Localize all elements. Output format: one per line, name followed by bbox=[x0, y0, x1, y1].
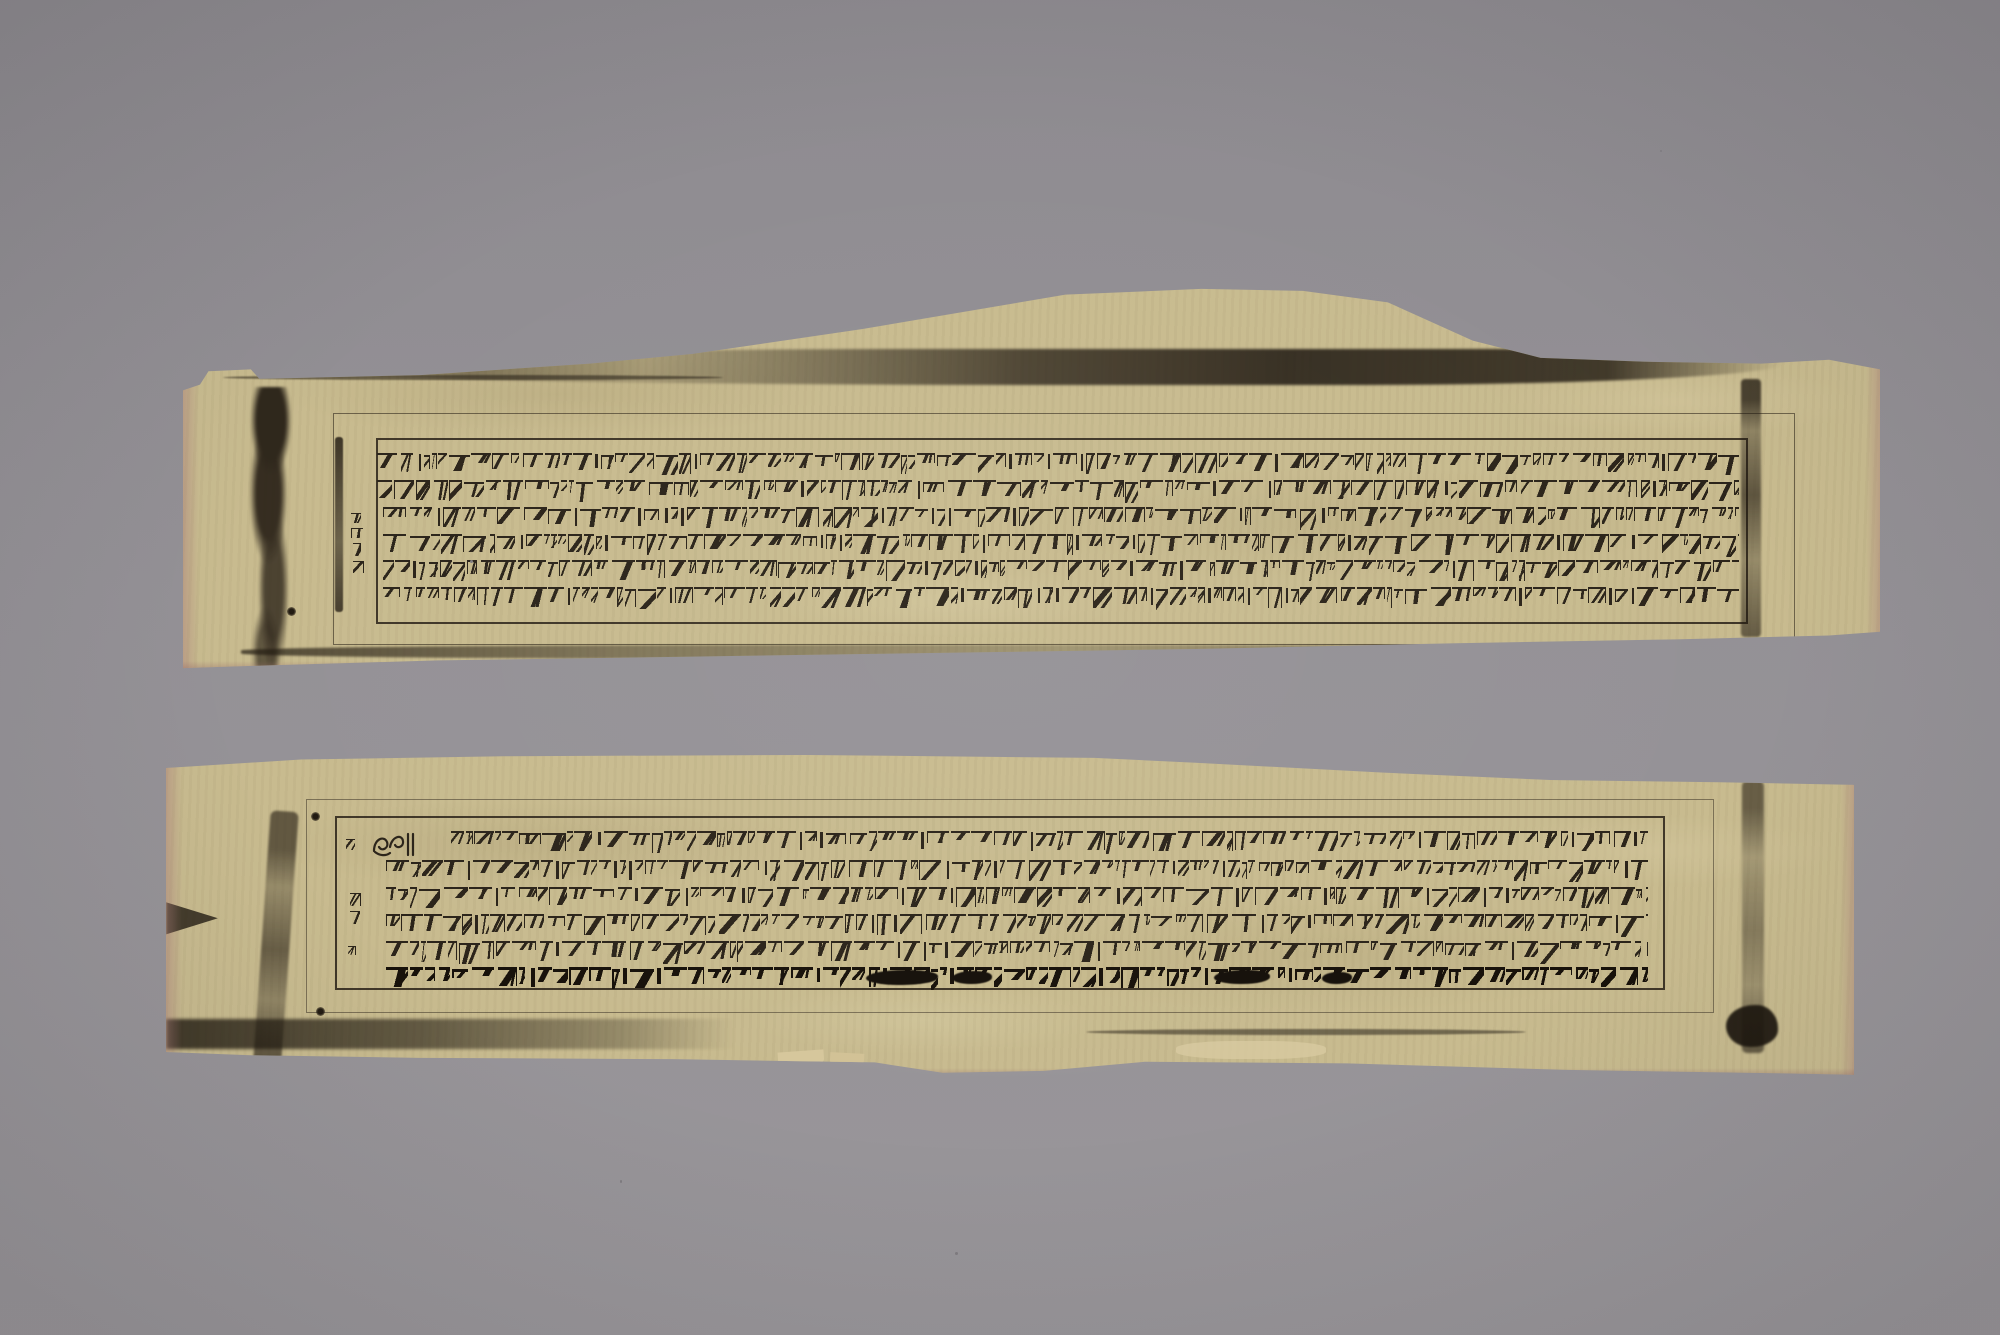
photo-vignette bbox=[0, 0, 2000, 1335]
top-edge-ink-band bbox=[323, 349, 1783, 385]
margin-foliation-marks bbox=[346, 839, 368, 850]
left-ink-smear bbox=[253, 810, 299, 1063]
left-edge-tint bbox=[183, 287, 199, 670]
text-line bbox=[386, 941, 1648, 967]
ink-blotch bbox=[1214, 970, 1270, 984]
ink-blotch bbox=[866, 970, 938, 985]
bottom-edge-ink-smear bbox=[241, 645, 1741, 659]
margin-foliation-marks bbox=[351, 511, 373, 538]
yig-mgo-head-mark bbox=[370, 829, 416, 861]
top-edge-ink-line bbox=[223, 375, 723, 380]
margin-foliation-marks bbox=[353, 543, 375, 573]
text-line bbox=[386, 914, 1648, 940]
margin-foliation-marks bbox=[350, 893, 372, 924]
string-hole bbox=[287, 607, 296, 616]
text-line bbox=[386, 860, 1648, 886]
torn-paper-patch bbox=[1176, 1041, 1326, 1059]
bottom-edge-tint bbox=[183, 661, 1880, 670]
left-edge-tint bbox=[166, 753, 182, 1078]
text-line bbox=[386, 887, 1648, 913]
left-ink-smear bbox=[245, 387, 297, 667]
torn-paper-flap bbox=[830, 1052, 865, 1068]
text-line bbox=[383, 534, 1739, 560]
dust-speck bbox=[955, 1252, 958, 1255]
right-edge-tint bbox=[1866, 287, 1880, 670]
string-hole bbox=[311, 812, 320, 821]
manuscript-leaf-bottom bbox=[166, 753, 1854, 1078]
bottom-edge-ink-line-right bbox=[1086, 1029, 1526, 1035]
left-edge-triangle-smear bbox=[166, 893, 218, 939]
text-line bbox=[377, 480, 1739, 506]
string-hole bbox=[316, 1007, 325, 1016]
text-line bbox=[451, 831, 1648, 857]
ink-blotch bbox=[1322, 972, 1352, 984]
right-edge-tint bbox=[1840, 753, 1854, 1078]
text-line bbox=[383, 560, 1739, 586]
bottom-edge-ink-smear-left bbox=[166, 1019, 736, 1049]
manuscript-leaf-top bbox=[183, 287, 1880, 670]
text-line bbox=[377, 453, 1739, 479]
ink-blotch bbox=[952, 971, 992, 984]
bottom-edge-tint bbox=[166, 1068, 1854, 1078]
torn-paper-flap bbox=[777, 1049, 824, 1068]
photograph-of-manuscript bbox=[0, 0, 2000, 1335]
dust-speck bbox=[1660, 150, 1662, 152]
text-line bbox=[383, 587, 1739, 613]
dust-speck bbox=[620, 1180, 622, 1183]
right-ink-blot bbox=[1726, 1005, 1778, 1047]
text-line bbox=[386, 967, 1648, 993]
right-ink-streak bbox=[1742, 781, 1764, 1053]
text-line bbox=[383, 507, 1739, 533]
margin-foliation-marks bbox=[348, 946, 370, 955]
